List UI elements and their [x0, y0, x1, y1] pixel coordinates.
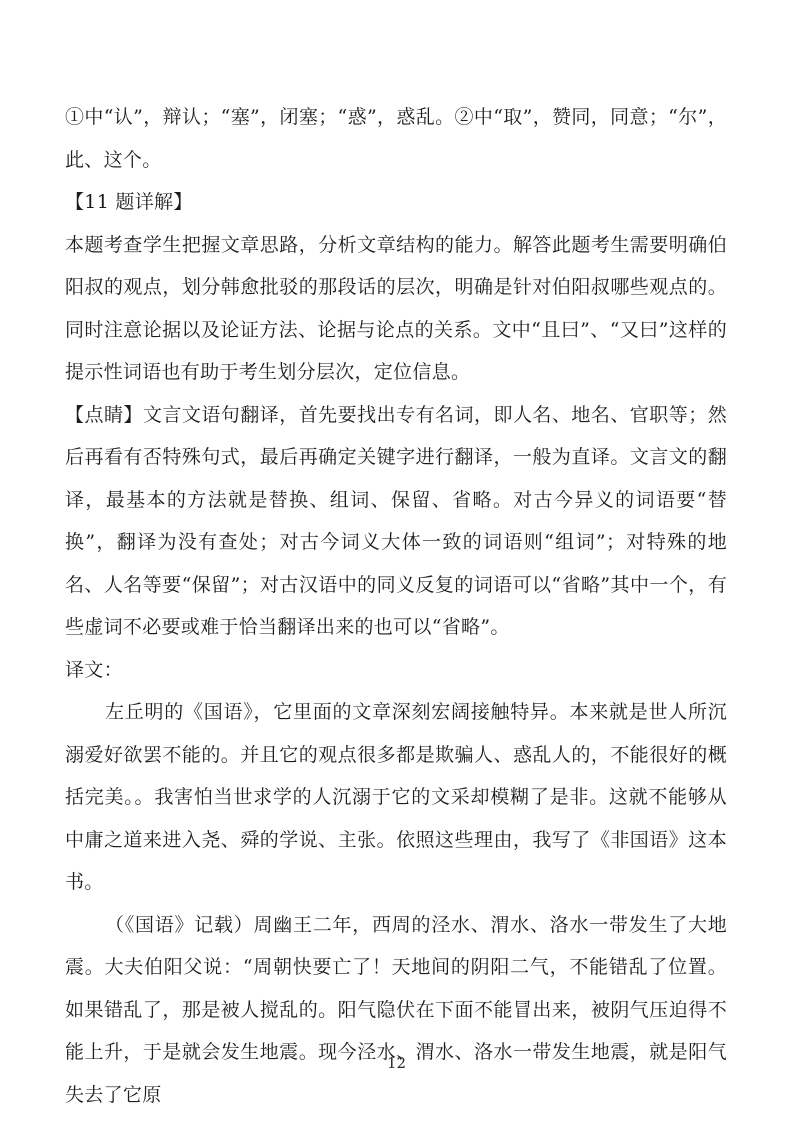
question-11-analysis-paragraph: 本题考查学生把握文章思路，分析文章结构的能力。解答此题考生需要明确伯阳叔的观点，…	[65, 224, 727, 394]
document-body: ①中“认”，辩认；“塞”，闭塞；“惑”，惑乱。②中“取”，赞同，同意；“尔”，此…	[65, 96, 727, 1116]
word-gloss-paragraph: ①中“认”，辩认；“塞”，闭塞；“惑”，惑乱。②中“取”，赞同，同意；“尔”，此…	[65, 96, 727, 181]
translation-label: 译文：	[65, 649, 727, 692]
question-11-heading: 【11 题详解】	[65, 181, 727, 224]
translation-paragraph-2: （《国语》记载）周幽王二年，西周的泾水、渭水、洛水一带发生了大地震。大夫伯阳父说…	[65, 904, 727, 1117]
page-number: 12	[387, 1054, 406, 1072]
key-note-paragraph: 【点睛】文言文语句翻译，首先要找出专有名词，即人名、地名、官职等；然后再看有否特…	[65, 394, 727, 649]
page-footer: 12	[0, 1053, 793, 1073]
translation-paragraph-1: 左丘明的《国语》，它里面的文章深刻宏阔接触特异。本来就是世人所沉溺爱好欲罢不能的…	[65, 691, 727, 904]
document-page: ①中“认”，辩认；“塞”，闭塞；“惑”，惑乱。②中“取”，赞同，同意；“尔”，此…	[0, 0, 793, 1122]
